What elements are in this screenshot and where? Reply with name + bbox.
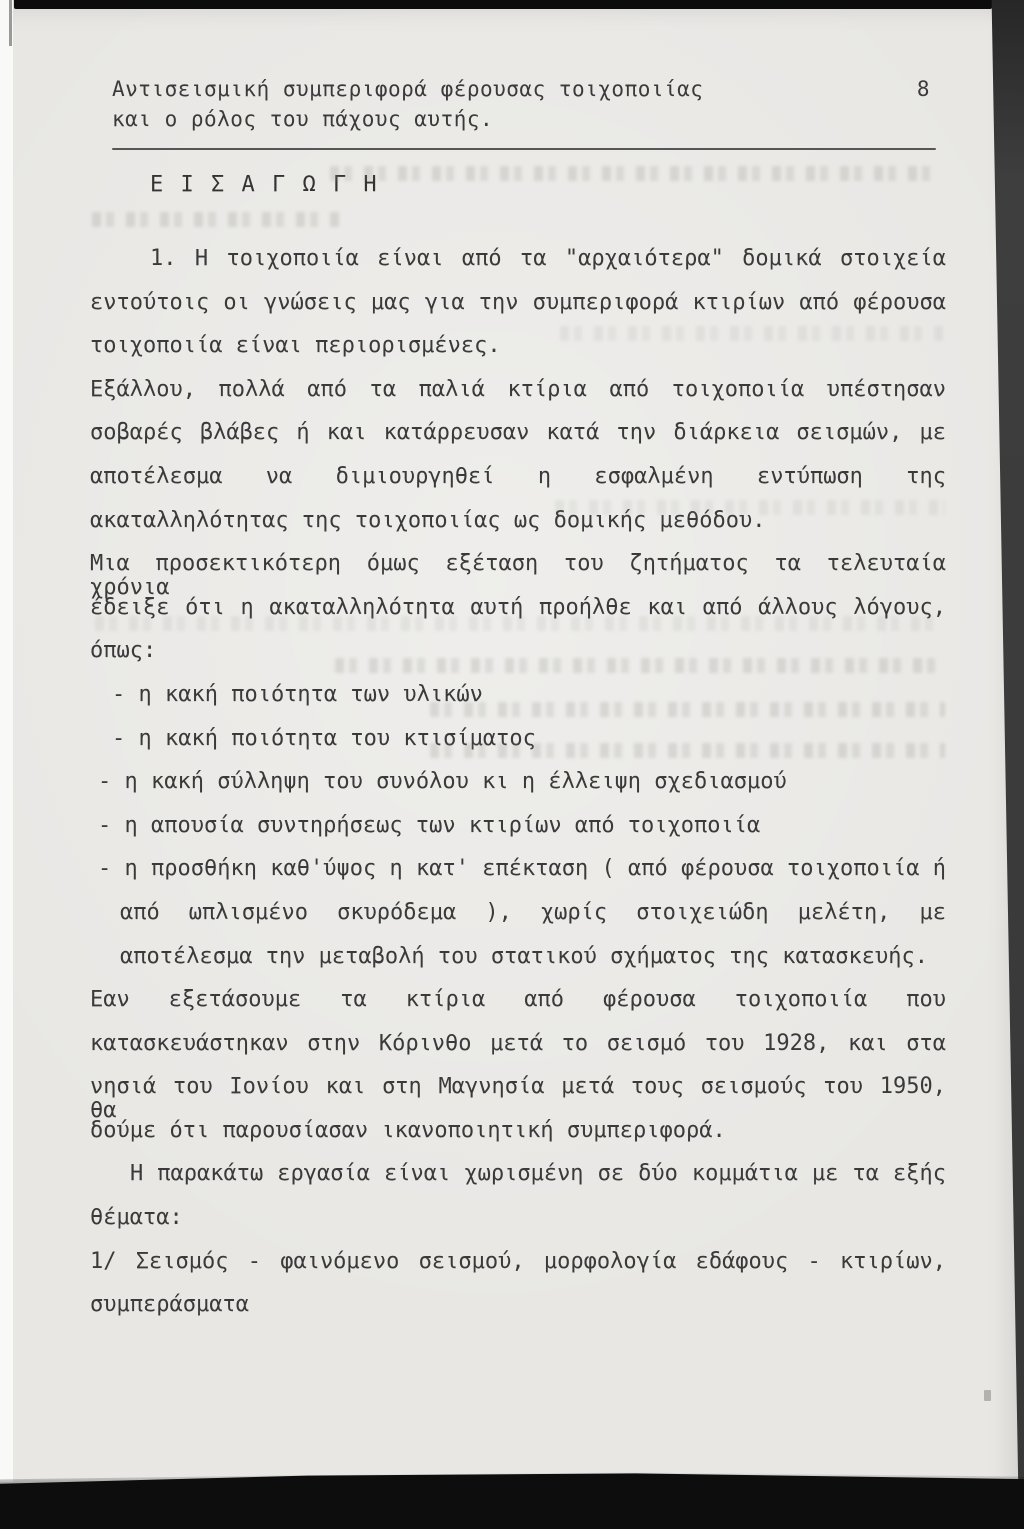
bleed-through-smudge [330, 166, 940, 181]
text-line: δούμε ότι παρουσίασαν ικανοποιητική συμπ… [90, 1119, 946, 1143]
page-header: Αντισεισμική συμπεριφορά φέρουσας τοιχοπ… [112, 74, 940, 134]
bleed-through-smudge [95, 616, 940, 631]
scan-edge-left-tick [9, 0, 12, 46]
bleed-through-smudge [92, 212, 342, 227]
text-line: - η προσθήκη καθ'ύψος η κατ' επέκταση ( … [90, 857, 946, 881]
bleed-through-smudge [430, 702, 945, 717]
text-line: Η παρακάτω εργασία είναι χωρισμένη σε δύ… [90, 1162, 946, 1186]
text-line: Εαν εξετάσουμε τα κτίρια από φέρουσα τοι… [90, 988, 946, 1012]
text-line: από ωπλισμένο σκυρόδεμα ), χωρίς στοιχει… [90, 901, 946, 925]
text-line: - η απουσία συντηρήσεως των κτιρίων από … [90, 814, 946, 838]
text-line: σοβαρές βλάβες ή και κατάρρευσαν κατά τη… [90, 421, 946, 445]
text-line: Εξάλλου, πολλά από τα παλιά κτίρια από τ… [90, 378, 946, 402]
scanned-document-page: Αντισεισμική συμπεριφορά φέρουσας τοιχοπ… [0, 0, 1024, 1529]
text-line: νησιά του Ιονίου και στη Μαγνησία μετά τ… [90, 1075, 946, 1099]
page-number: 8 [917, 74, 940, 104]
text-line: - η κακή σύλληψη του συνόλου κι η έλλειψ… [90, 770, 946, 794]
text-line: κατασκευάστηκαν στην Κόρινθο μετά το σει… [90, 1032, 946, 1056]
text-line: 1/ Σεισμός - φαινόμενο σεισμού, μορφολογ… [90, 1250, 946, 1274]
text-line: θέματα: [90, 1206, 946, 1230]
scan-speck [984, 1390, 991, 1401]
text-line: αποτέλεσμα να διμιουργηθεί η εσφαλμένη ε… [90, 465, 946, 489]
header-title-line2: και ο ρόλος του πάχους αυτής. [112, 107, 493, 131]
header-title-line1: Αντισεισμική συμπεριφορά φέρουσας τοιχοπ… [112, 74, 703, 104]
scan-edge-top [14, 0, 992, 9]
body-lines: 1. Η τοιχοποιία είναι από τα "αρχαιότερα… [90, 247, 946, 1337]
text-line: εντούτοις οι γνώσεις μας για την συμπερι… [90, 291, 946, 315]
bleed-through-smudge [335, 658, 940, 673]
scan-edge-left [0, 0, 13, 1482]
text-line: αποτέλεσμα την μεταβολή του στατικού σχή… [90, 945, 946, 969]
text-line: Μια προσεκτικότερη όμως εξέταση του ζητή… [90, 552, 946, 576]
text-line: συμπεράσματα [90, 1293, 946, 1317]
bleed-through-smudge [430, 743, 945, 758]
text-line: 1. Η τοιχοποιία είναι από τα "αρχαιότερα… [90, 247, 946, 271]
scan-edge-right [988, 0, 1024, 1484]
bleed-through-smudge [555, 500, 945, 515]
bleed-through-smudge [560, 326, 945, 341]
header-divider-rule [112, 148, 936, 150]
